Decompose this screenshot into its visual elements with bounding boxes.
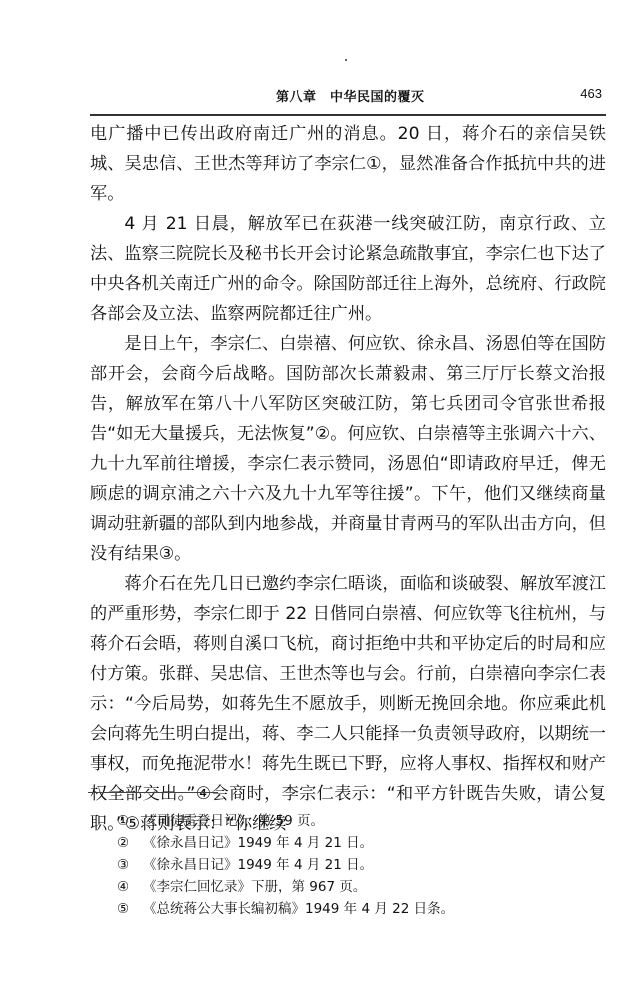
footnote: ⑤《总统蒋公大事长编初稿》1949 年 4 月 22 日条。 bbox=[117, 898, 587, 920]
body-text: 电广播中已传出政府南迁广州的消息。20 日，蒋介石的亲信吴铁城、吴忠信、王世杰等… bbox=[90, 119, 606, 839]
footnote: ②《徐永昌日记》1949 年 4 月 21 日。 bbox=[117, 832, 587, 854]
scan-speck bbox=[345, 59, 347, 61]
page-number: 463 bbox=[580, 86, 602, 101]
footnote-mark: ② bbox=[117, 832, 143, 854]
footnote: ③《徐永昌日记》1949 年 4 月 21 日。 bbox=[117, 854, 587, 876]
footnote-text: 《司徒雷登日记》，第 59 页。 bbox=[143, 813, 324, 829]
footnote-mark: ① bbox=[117, 810, 143, 832]
footnote-text: 《徐永昌日记》1949 年 4 月 21 日。 bbox=[143, 835, 373, 851]
footnote: ①《司徒雷登日记》，第 59 页。 bbox=[117, 810, 587, 832]
paragraph: 电广播中已传出政府南迁广州的消息。20 日，蒋介石的亲信吴铁城、吴忠信、王世杰等… bbox=[90, 119, 606, 209]
paragraph: 是日上午，李宗仁、白崇禧、何应钦、徐永昌、汤恩伯等在国防部开会，会商今后战略。国… bbox=[90, 329, 606, 569]
paragraph: 4 月 21 日晨，解放军已在荻港一线突破江防，南京行政、立法、监察三院院长及秘… bbox=[90, 209, 606, 329]
footnote-text: 《总统蒋公大事长编初稿》1949 年 4 月 22 日条。 bbox=[143, 901, 454, 917]
footnote-text: 《李宗仁回忆录》下册，第 967 页。 bbox=[143, 879, 366, 895]
chapter-title: 第八章 中华民国的覆灭 bbox=[276, 86, 425, 105]
footnote-mark: ⑤ bbox=[117, 898, 143, 920]
footnote: ④《李宗仁回忆录》下册，第 967 页。 bbox=[117, 876, 587, 898]
running-header: 第八章 中华民国的覆灭 463 bbox=[90, 86, 606, 108]
footnote-mark: ④ bbox=[117, 876, 143, 898]
footnotes: ①《司徒雷登日记》，第 59 页。 ②《徐永昌日记》1949 年 4 月 21 … bbox=[117, 810, 587, 920]
footnote-text: 《徐永昌日记》1949 年 4 月 21 日。 bbox=[143, 857, 373, 873]
footnote-mark: ③ bbox=[117, 854, 143, 876]
header-rule bbox=[90, 114, 606, 116]
footnote-rule bbox=[88, 792, 218, 793]
paragraph: 蒋介石在先几日已邀约李宗仁晤谈，面临和谈破裂、解放军渡江的严重形势，李宗仁即于 … bbox=[90, 569, 606, 839]
